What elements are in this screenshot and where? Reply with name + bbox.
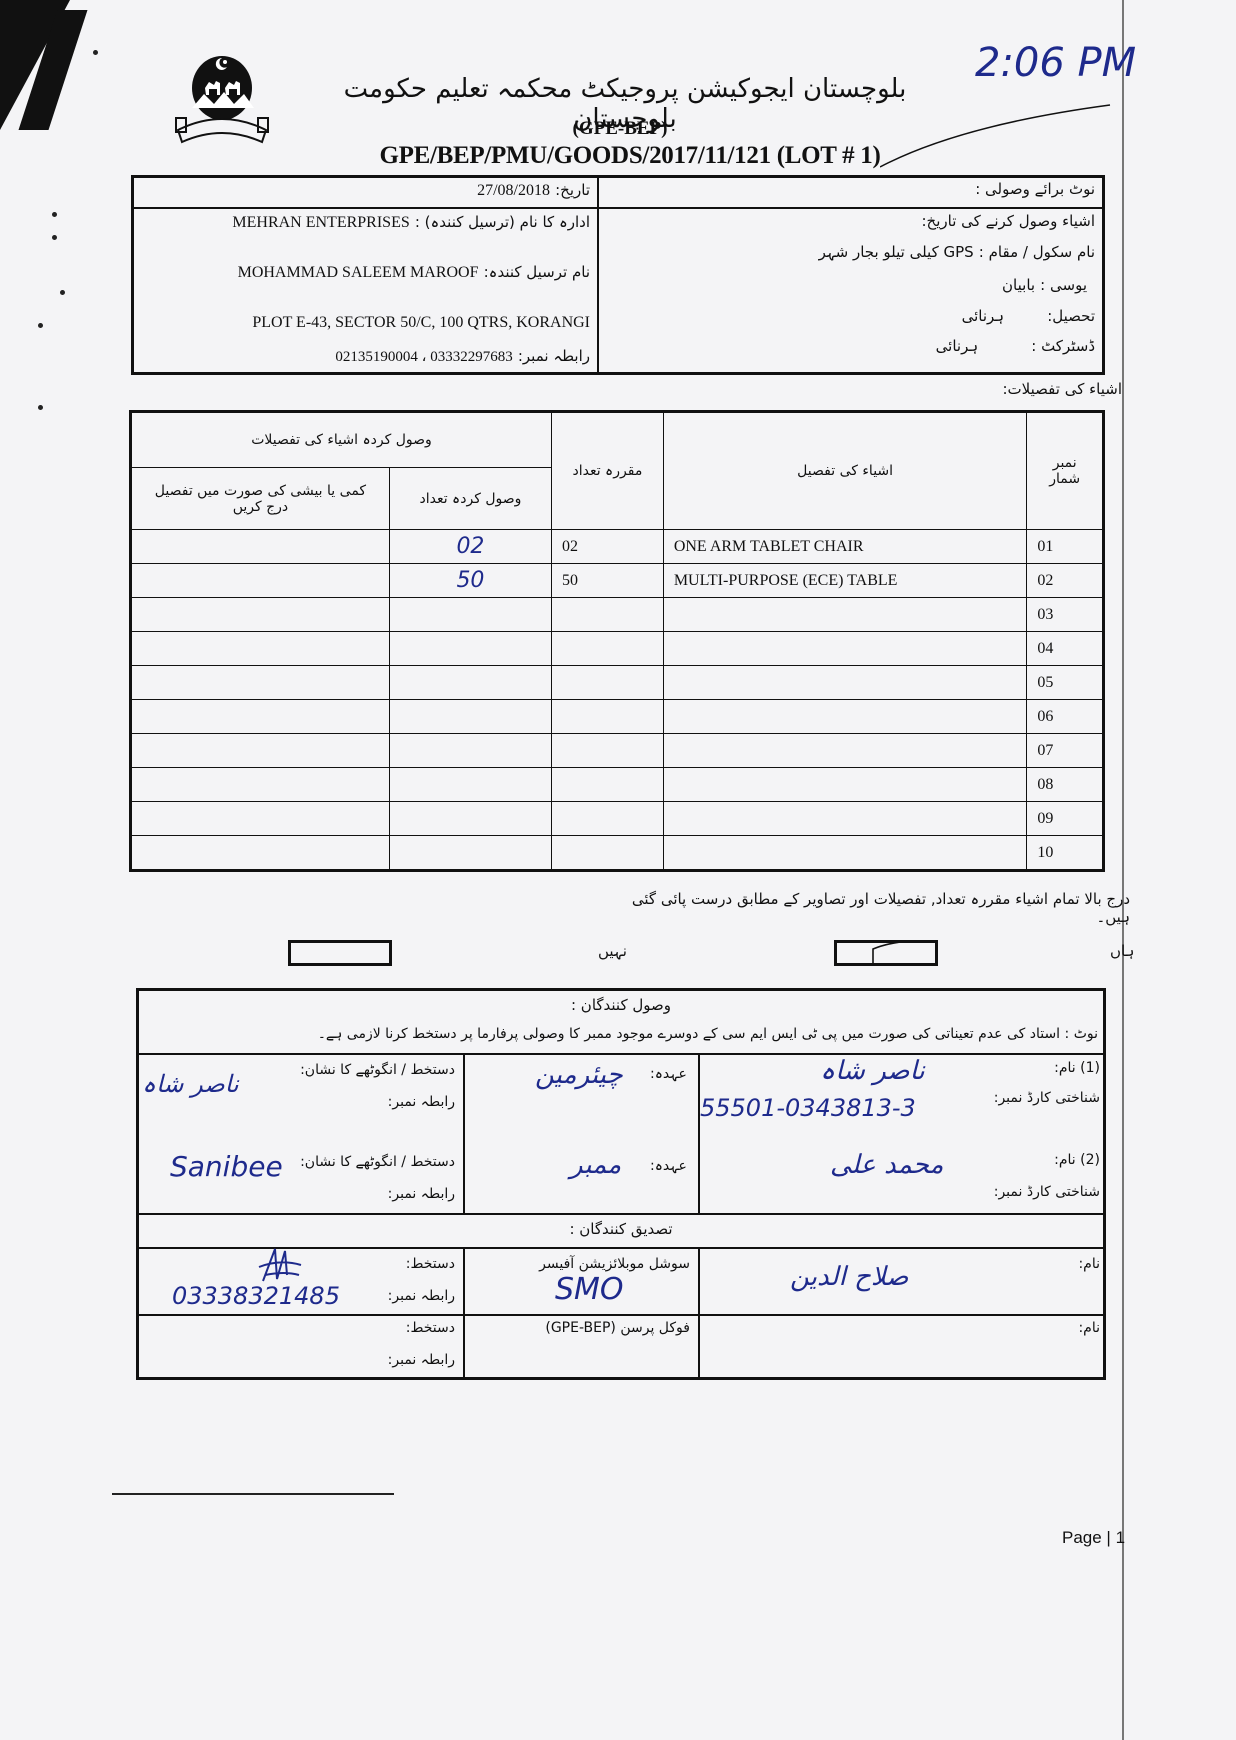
- header-received-group: وصول کردہ اشیاء کی تفصیلات: [131, 412, 552, 468]
- verifier2-name-label: نام:: [1060, 1320, 1100, 1336]
- verifiers-title: تصدیق کنندگان :: [136, 1220, 1106, 1238]
- receiver2-signature[interactable]: Sanibee: [170, 1150, 283, 1183]
- description-cell: [663, 700, 1027, 734]
- assigned-qty-cell: [552, 598, 664, 632]
- confirmation-statement: درج بالا تمام اشیاء مقررہ تعداد, تفصیلات…: [600, 890, 1130, 926]
- description-cell: ONE ARM TABLET CHAIR: [663, 530, 1027, 564]
- receiver1-signature[interactable]: ناصر شاہ: [142, 1070, 239, 1098]
- receiver1-signature-label: دستخط / انگوٹھے کا نشان:: [285, 1062, 455, 1078]
- table-row: 09: [131, 802, 1104, 836]
- note-cell[interactable]: [131, 666, 390, 700]
- no-checkbox[interactable]: [288, 940, 392, 966]
- sender-value: MOHAMMAD SALEEM MAROOF: [238, 264, 479, 281]
- verifier1-contact[interactable]: 03338321485: [172, 1282, 340, 1310]
- note-cell[interactable]: [131, 802, 390, 836]
- assigned-qty-cell: [552, 802, 664, 836]
- assigned-qty-cell: 50: [552, 564, 664, 598]
- scan-punch-mark: [38, 405, 43, 410]
- scan-punch-mark: [38, 323, 43, 328]
- description-cell: [663, 598, 1027, 632]
- assigned-qty-cell: [552, 734, 664, 768]
- footnote-separator: [112, 1493, 394, 1495]
- address-value: PLOT E-43, SECTOR 50/C, 100 QTRS, KORANG…: [140, 314, 590, 332]
- received-qty-cell[interactable]: [389, 598, 551, 632]
- verifier1-name[interactable]: صلاح الدین: [790, 1262, 908, 1292]
- table-row: 07: [131, 734, 1104, 768]
- serial-cell: 09: [1027, 802, 1104, 836]
- received-qty-cell[interactable]: [389, 700, 551, 734]
- receiver2-designation-label: عہدہ:: [650, 1158, 687, 1174]
- note-cell[interactable]: [131, 530, 390, 564]
- received-qty-cell[interactable]: [389, 666, 551, 700]
- receiver1-contact-label: رابطہ نمبر:: [380, 1094, 455, 1110]
- receivers-note: نوٹ : استاد کی عدم تعیناتی کی صورت میں پ…: [140, 1026, 1098, 1042]
- verifier2-signature-label: دستخط:: [380, 1320, 455, 1336]
- divider: [463, 1053, 465, 1213]
- assigned-qty-cell: [552, 836, 664, 871]
- verifier2-role: فوکل پرسن (GPE-BEP): [470, 1320, 690, 1336]
- receive-date-label: اشیاء وصول کرنے کی تاریخ:: [605, 212, 1095, 230]
- yes-checkbox[interactable]: [834, 940, 938, 966]
- receiver1-name-label: (1) نام:: [990, 1060, 1100, 1076]
- table-row: 03: [131, 598, 1104, 632]
- receivers-title: وصول کنندگان :: [136, 996, 1106, 1014]
- company-row: ادارہ کا نام (ترسیل کنندہ) : MEHRAN ENTE…: [140, 212, 590, 232]
- items-table: وصول کردہ اشیاء کی تفصیلات مقررہ تعداد ا…: [129, 410, 1105, 872]
- receiver2-signature-label: دستخط / انگوٹھے کا نشان:: [285, 1154, 455, 1170]
- contact-row: رابطہ نمبر: 03332297683 ، 02135190004: [140, 346, 590, 366]
- serial-cell: 10: [1027, 836, 1104, 871]
- serial-cell: 01: [1027, 530, 1104, 564]
- school-value: GPS کیلی تیلو بجار شہر: [819, 243, 974, 261]
- description-cell: [663, 768, 1027, 802]
- pen-stroke: [880, 95, 1120, 175]
- reference-number: GPE/BEP/PMU/GOODS/2017/11/121 (LOT # 1): [330, 142, 930, 170]
- serial-cell: 04: [1027, 632, 1104, 666]
- header-assigned-qty: مقررہ تعداد: [552, 412, 664, 530]
- date-value: 27/08/2018: [477, 182, 550, 199]
- serial-cell: 08: [1027, 768, 1104, 802]
- company-value: MEHRAN ENTERPRISES: [232, 214, 409, 231]
- received-qty-cell[interactable]: [389, 802, 551, 836]
- tehsil-value: ہرنائی: [962, 307, 1005, 325]
- header-shortage-note: کمی یا بیشی کی صورت میں تفصیل درج کریں: [131, 468, 390, 530]
- verifier2-contact-label: رابطہ نمبر:: [380, 1352, 455, 1368]
- receiver1-name[interactable]: ناصر شاہ: [820, 1056, 925, 1086]
- verifier1-role-handwritten[interactable]: SMO: [555, 1272, 624, 1307]
- scan-punch-mark: [93, 50, 98, 55]
- receiver1-cnic[interactable]: 55501-0343813-3: [700, 1094, 916, 1122]
- table-row: 10: [131, 836, 1104, 871]
- description-cell: [663, 802, 1027, 836]
- tehsil-row: تحصیل: ہرنائی: [605, 306, 1095, 325]
- date-row: تاریخ: 27/08/2018: [140, 180, 590, 200]
- district-value: ہرنائی: [936, 337, 979, 355]
- verifier1-signature-label: دستخط:: [380, 1256, 455, 1272]
- received-qty-cell[interactable]: 02: [389, 530, 551, 564]
- header-description: اشیاء کی تفصیل: [663, 412, 1027, 530]
- verifier1-contact-label: رابطہ نمبر:: [380, 1288, 455, 1304]
- divider: [136, 1053, 1106, 1055]
- items-section-label: اشیاء کی تفصیلات:: [900, 380, 1122, 398]
- received-qty-cell[interactable]: [389, 632, 551, 666]
- uc-value: بابیان: [1002, 276, 1035, 294]
- scan-punch-mark: [52, 235, 57, 240]
- note-cell[interactable]: [131, 598, 390, 632]
- table-row: 08: [131, 768, 1104, 802]
- description-cell: MULTI-PURPOSE (ECE) TABLE: [663, 564, 1027, 598]
- receiver1-designation-label: عہدہ:: [650, 1066, 687, 1082]
- serial-cell: 06: [1027, 700, 1104, 734]
- description-cell: [663, 836, 1027, 871]
- receiver2-name-label: (2) نام:: [990, 1152, 1100, 1168]
- note-cell[interactable]: [131, 700, 390, 734]
- header-serial: نمبر شمار: [1027, 412, 1104, 530]
- divider: [136, 1314, 1106, 1316]
- tick-mark-icon: [837, 943, 937, 967]
- assigned-qty-cell: 02: [552, 530, 664, 564]
- received-qty-cell[interactable]: 50: [389, 564, 551, 598]
- receiver1-cnic-label: شناختی کارڈ نمبر:: [990, 1090, 1100, 1106]
- assigned-qty-cell: [552, 768, 664, 802]
- received-qty-cell[interactable]: [389, 836, 551, 871]
- handwritten-time: 2:06 PM: [975, 40, 1136, 86]
- no-label: نہیں: [598, 942, 627, 960]
- header-received-qty: وصول کردہ تعداد: [389, 468, 551, 530]
- scan-punch-mark: [60, 290, 65, 295]
- scan-punch-mark: [52, 212, 57, 217]
- verifier1-role: سوشل موبلائزیشن آفیسر: [470, 1256, 690, 1272]
- program-code: (GPE-BEP): [540, 118, 700, 140]
- verifier1-signature[interactable]: [255, 1245, 305, 1285]
- description-cell: [663, 734, 1027, 768]
- table-row: 06: [131, 700, 1104, 734]
- scan-margin-line: [1122, 0, 1124, 1740]
- note-cell[interactable]: [131, 768, 390, 802]
- table-row: 50 50 MULTI-PURPOSE (ECE) TABLE 02: [131, 564, 1104, 598]
- table-row: 05: [131, 666, 1104, 700]
- assigned-qty-cell: [552, 632, 664, 666]
- assigned-qty-cell: [552, 700, 664, 734]
- description-cell: [663, 632, 1027, 666]
- received-qty-cell[interactable]: [389, 734, 551, 768]
- table-row: 02 02 ONE ARM TABLET CHAIR 01: [131, 530, 1104, 564]
- contact-value: 03332297683 ، 02135190004: [335, 349, 512, 365]
- description-cell: [663, 666, 1027, 700]
- table-row: 04: [131, 632, 1104, 666]
- district-row: ڈسٹرکٹ : ہرنائی: [605, 336, 1095, 355]
- page-number: Page | 1: [1062, 1528, 1125, 1548]
- verifier1-name-label: نام:: [1060, 1256, 1100, 1272]
- receiver1-designation[interactable]: چیئرمین: [535, 1060, 623, 1090]
- receiver2-designation[interactable]: ممبر: [570, 1150, 621, 1180]
- serial-cell: 03: [1027, 598, 1104, 632]
- serial-cell: 07: [1027, 734, 1104, 768]
- note-cell[interactable]: [131, 734, 390, 768]
- receipt-note-label: نوٹ برائے وصولی :: [605, 180, 1095, 198]
- yes-label: ہاں: [1110, 942, 1134, 960]
- receiver2-contact-label: رابطہ نمبر:: [380, 1186, 455, 1202]
- balochistan-emblem-icon: [170, 48, 275, 148]
- receiver2-name[interactable]: محمد علی: [830, 1150, 943, 1180]
- divider: [136, 1213, 1106, 1215]
- sender-row: نام ترسیل کنندہ: MOHAMMAD SALEEM MAROOF: [140, 262, 590, 282]
- divider: [698, 1053, 700, 1213]
- note-cell[interactable]: [131, 564, 390, 598]
- serial-cell: 02: [1027, 564, 1104, 598]
- note-cell[interactable]: [131, 836, 390, 871]
- serial-cell: 05: [1027, 666, 1104, 700]
- assigned-qty-cell: [552, 666, 664, 700]
- divider: [597, 175, 599, 375]
- note-cell[interactable]: [131, 632, 390, 666]
- receiver2-cnic-label: شناختی کارڈ نمبر:: [990, 1184, 1100, 1200]
- divider: [131, 207, 1105, 209]
- uc-row: یوسی : بابیان: [605, 275, 1087, 294]
- received-qty-cell[interactable]: [389, 768, 551, 802]
- school-row: نام سکول / مقام : GPS کیلی تیلو بجار شہر: [605, 242, 1095, 261]
